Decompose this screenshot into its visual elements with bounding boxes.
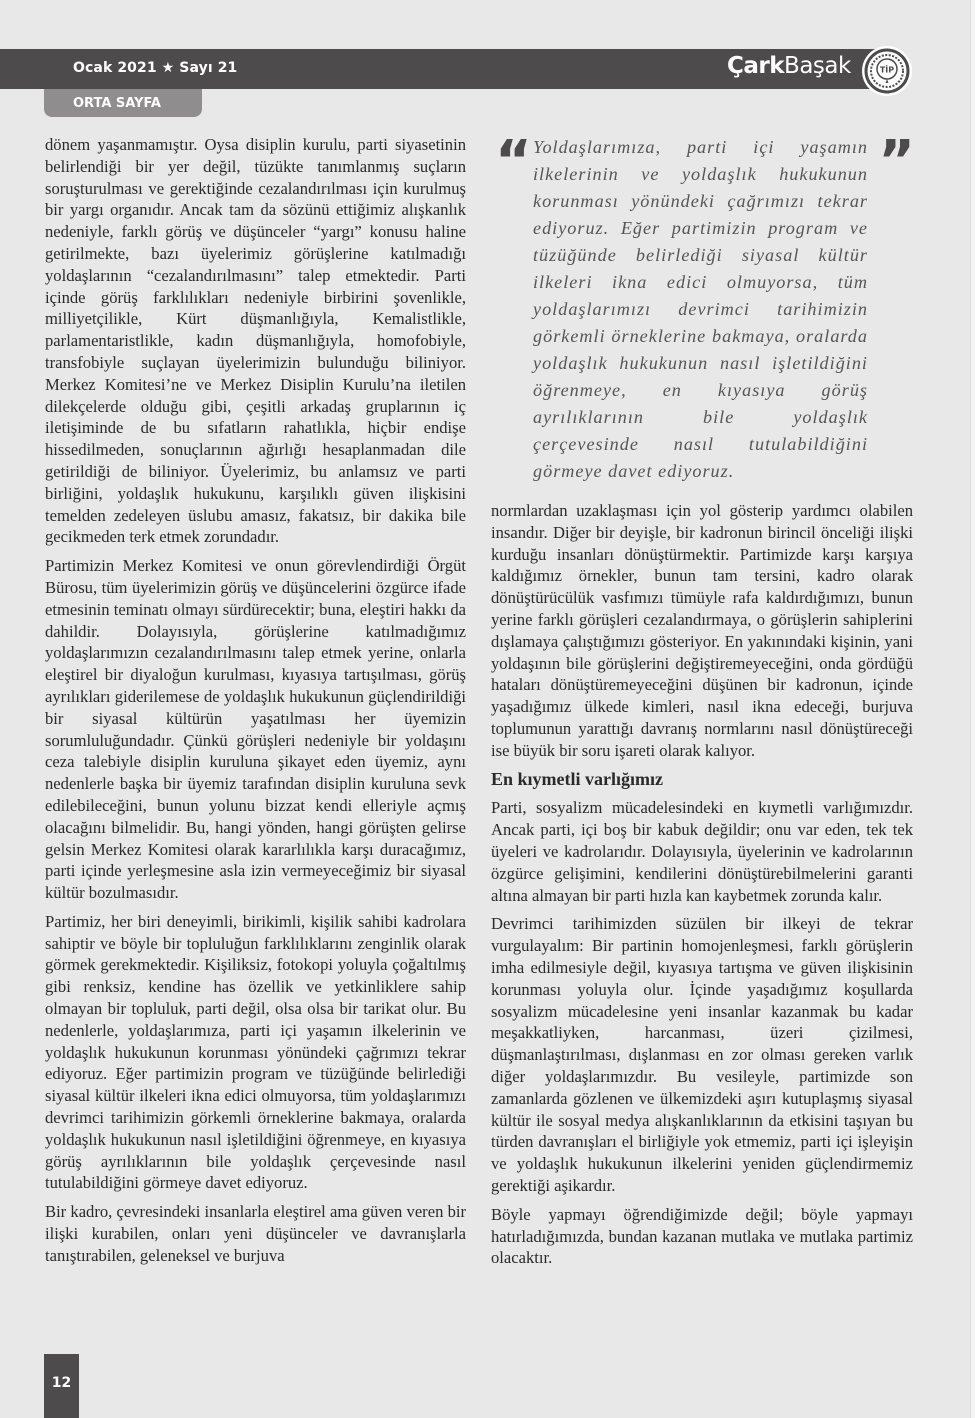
subheading: En kıymetli varlığımız bbox=[491, 769, 913, 791]
right-column: normlardan uzaklaşması için yol gösterip… bbox=[491, 500, 913, 1276]
page-edge bbox=[970, 0, 975, 1418]
section-tab: ORTA SAYFA bbox=[44, 89, 202, 117]
paragraph: dönem yaşanmamıştır. Oysa disiplin kurul… bbox=[45, 134, 466, 548]
left-column: dönem yaşanmamıştır. Oysa disiplin kurul… bbox=[45, 134, 466, 1274]
issue-label: Ocak 2021 ★ Sayı 21 bbox=[73, 60, 237, 76]
paragraph: Böyle yapmayı öğrendiğimizde değil; böyl… bbox=[491, 1204, 913, 1269]
paragraph: Partimizin Merkez Komitesi ve onun görev… bbox=[45, 555, 466, 904]
paragraph: Devrimci tarihimizden süzülen bir ilkeyi… bbox=[491, 913, 913, 1196]
paragraph: Parti, sosyalizm mücadelesindeki en kıym… bbox=[491, 797, 913, 906]
paragraph: Bir kadro, çevresindeki insanlarla eleşt… bbox=[45, 1201, 466, 1266]
open-quote-icon: “ bbox=[495, 134, 532, 190]
brand-bold: Çark bbox=[727, 53, 784, 79]
svg-text:TİP: TİP bbox=[880, 65, 894, 75]
pull-quote-text: Yoldaşlarımıza, parti içi yaşamın ilkele… bbox=[533, 134, 868, 485]
paragraph: normlardan uzaklaşması için yol gösterip… bbox=[491, 500, 913, 762]
brand-logo-text: ÇarkBaşak bbox=[727, 53, 851, 79]
pull-quote: “ Yoldaşlarımıza, parti içi yaşamın ilke… bbox=[495, 134, 915, 494]
paragraph: Partimiz, her biri deneyimli, birikimli,… bbox=[45, 911, 466, 1194]
brand-light: Başak bbox=[784, 53, 851, 79]
page-number: 12 bbox=[44, 1354, 79, 1418]
close-quote-icon: ” bbox=[878, 134, 915, 190]
tip-emblem-icon: TİP bbox=[862, 46, 912, 96]
